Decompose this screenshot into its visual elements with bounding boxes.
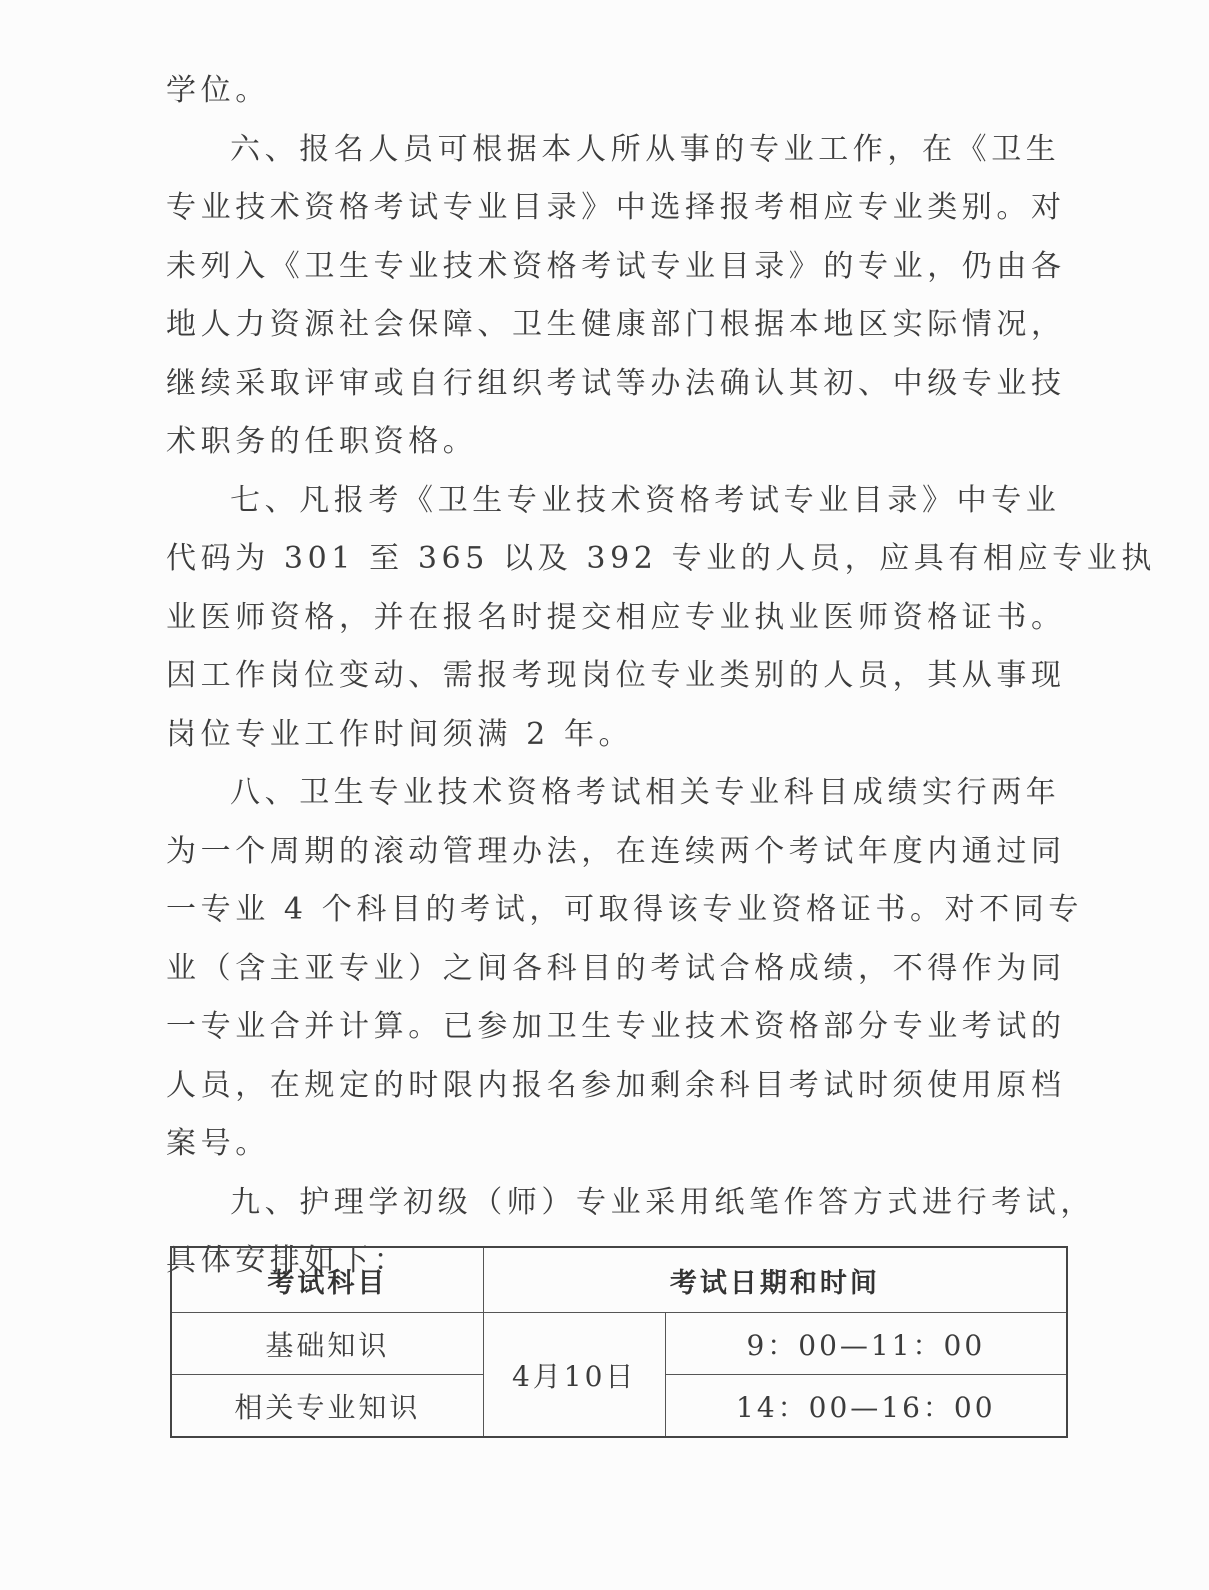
text-line: 业（含主亚专业）之间各科目的考试合格成绩，不得作为同 [166, 940, 1011, 999]
exam-date-cell: 4月10日 [483, 1313, 665, 1438]
text-line: 一专业 4 个科目的考试，可取得该专业资格证书。对不同专 [166, 881, 1011, 940]
document-body: 学位。 六、报名人员可根据本人所从事的专业工作，在《卫生 专业技术资格考试专业目… [166, 62, 1011, 1291]
text-line: 岗位专业工作时间须满 2 年。 [166, 706, 1011, 765]
text-line: 案号。 [166, 1115, 1011, 1174]
table-row: 基础知识 4月10日 9：00—11：00 [171, 1313, 1067, 1375]
section-6-heading-line: 六、报名人员可根据本人所从事的专业工作，在《卫生 [166, 121, 1011, 180]
text-line: 未列入《卫生专业技术资格考试专业目录》的专业，仍由各 [166, 238, 1011, 297]
text-line: 一专业合并计算。已参加卫生专业技术资格部分专业考试的 [166, 998, 1011, 1057]
text-line: 人员，在规定的时限内报名参加剩余科目考试时须使用原档 [166, 1057, 1011, 1116]
header-exam-subject: 考试科目 [171, 1247, 483, 1313]
text-line: 代码为 301 至 365 以及 392 专业的人员，应具有相应专业执 [166, 530, 1011, 589]
text-line: 地人力资源社会保障、卫生健康部门根据本地区实际情况， [166, 296, 1011, 355]
subject-cell: 基础知识 [171, 1313, 483, 1375]
table-header-row: 考试科目 考试日期和时间 [171, 1247, 1067, 1313]
exam-schedule-table: 考试科目 考试日期和时间 基础知识 4月10日 9：00—11：00 相关专业知… [170, 1246, 1068, 1438]
section-7-heading-line: 七、凡报考《卫生专业技术资格考试专业目录》中专业 [166, 472, 1011, 531]
text-line: 因工作岗位变动、需报考现岗位专业类别的人员，其从事现 [166, 647, 1011, 706]
document-page: 学位。 六、报名人员可根据本人所从事的专业工作，在《卫生 专业技术资格考试专业目… [0, 0, 1209, 1590]
text-line: 学位。 [166, 62, 1011, 121]
subject-cell: 相关专业知识 [171, 1375, 483, 1438]
header-exam-datetime: 考试日期和时间 [483, 1247, 1067, 1313]
text-line: 专业技术资格考试专业目录》中选择报考相应专业类别。对 [166, 179, 1011, 238]
time-cell: 14：00—16：00 [665, 1375, 1067, 1438]
text-line: 继续采取评审或自行组织考试等办法确认其初、中级专业技 [166, 355, 1011, 414]
text-line: 术职务的任职资格。 [166, 413, 1011, 472]
text-line: 业医师资格，并在报名时提交相应专业执业医师资格证书。 [166, 589, 1011, 648]
section-8-heading-line: 八、卫生专业技术资格考试相关专业科目成绩实行两年 [166, 764, 1011, 823]
section-9-heading-line: 九、护理学初级（师）专业采用纸笔作答方式进行考试， [166, 1174, 1011, 1233]
time-cell: 9：00—11：00 [665, 1313, 1067, 1375]
text-line: 为一个周期的滚动管理办法，在连续两个考试年度内通过同 [166, 823, 1011, 882]
